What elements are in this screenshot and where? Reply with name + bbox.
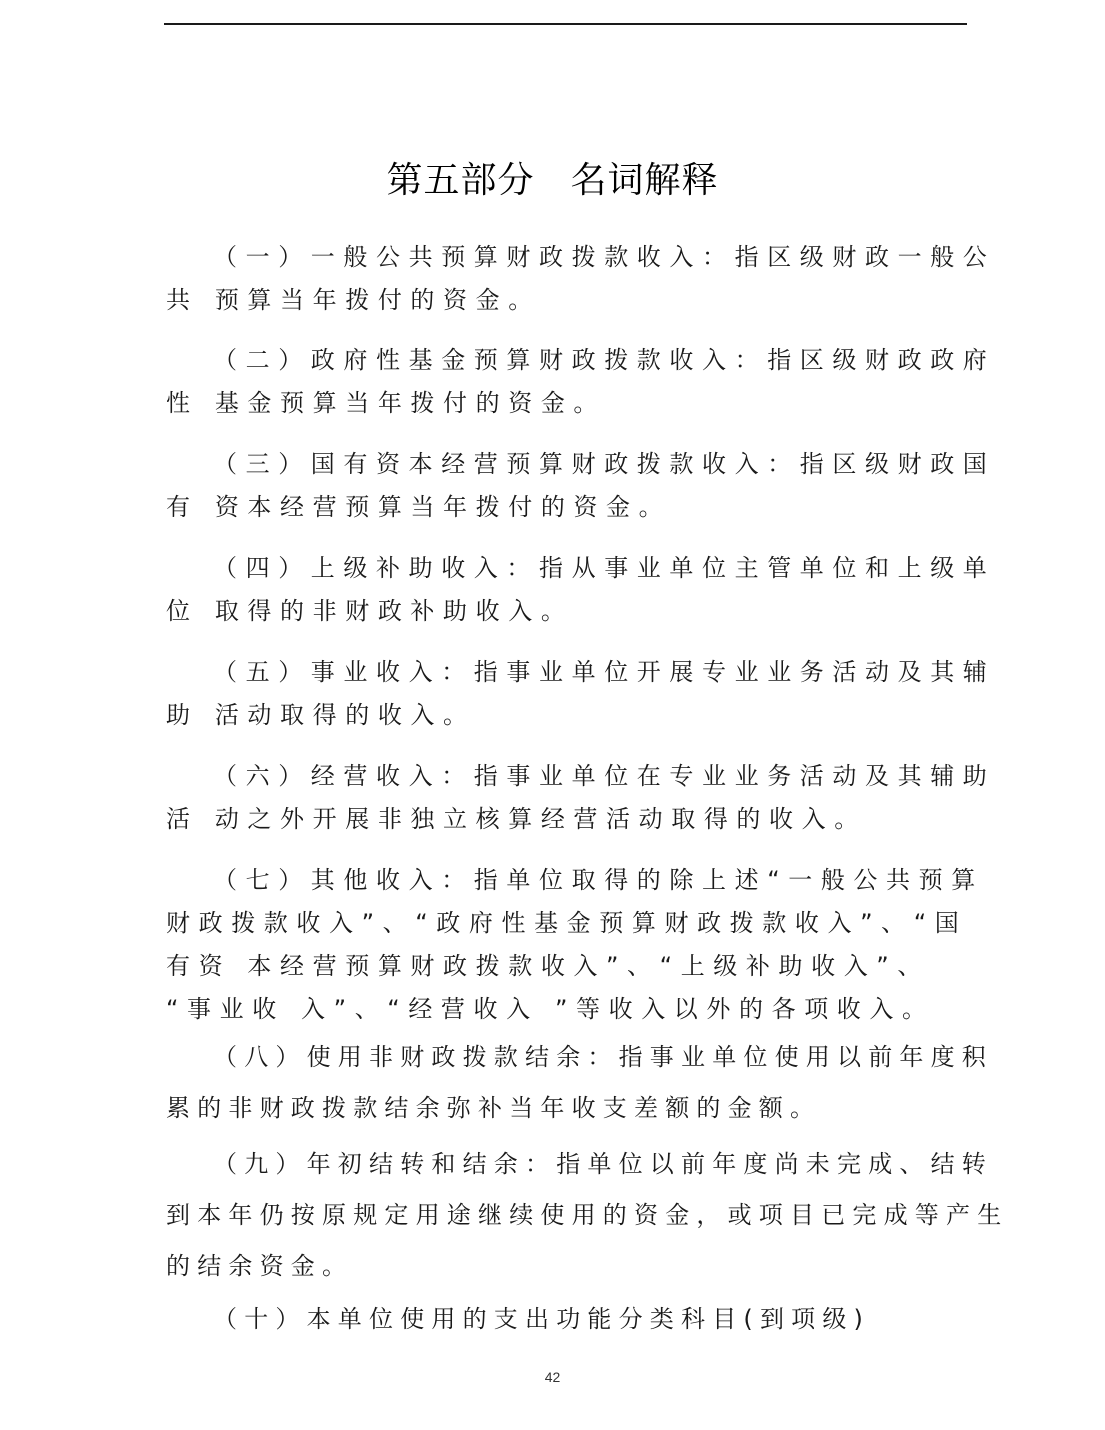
definition-8-line-2: 累的非财政拨款结余弥补当年收支差额的金额。 — [166, 1091, 821, 1125]
definition-6-line-1: （六）经营收入：指事业单位在专业业务活动及其辅助 — [213, 759, 995, 793]
definition-7-line-4: “事业收 入”、“经营收入 ”等收入以外的各项收入。 — [166, 992, 935, 1026]
definition-9-line-1: （九）年初结转和结余：指单位以前年度尚未完成、结转 — [213, 1147, 993, 1181]
title-part-number: 第五部分 — [386, 160, 534, 201]
definition-10-line-1: （十）本单位使用的支出功能分类科目(到项级) — [213, 1302, 870, 1336]
definition-1-line-1: （一）一般公共预算财政拨款收入：指区级财政一般公 — [213, 240, 995, 274]
definition-5-line-1: （五）事业收入：指事业单位开展专业业务活动及其辅 — [213, 655, 995, 689]
title-part-name: 名词解释 — [571, 160, 719, 201]
header-rule — [164, 23, 967, 25]
definition-4-line-2: 位 取得的非财政补助收入。 — [166, 594, 573, 628]
definition-4-line-1: （四）上级补助收入：指从事业单位主管单位和上级单 — [213, 551, 995, 585]
definition-1-line-2: 共 预算当年拨付的资金。 — [166, 283, 541, 317]
definition-3-line-2: 有 资本经营预算当年拨付的资金。 — [166, 490, 671, 524]
definition-2-line-2: 性 基金预算当年拨付的资金。 — [166, 386, 606, 420]
definition-6-line-2: 活 动之外开展非独立核算经营活动取得的收入。 — [166, 802, 867, 836]
definition-2-line-1: （二）政府性基金预算财政拨款收入：指区级财政政府 — [213, 343, 995, 377]
definition-8-line-1: （八）使用非财政拨款结余：指事业单位使用以前年度积 — [213, 1040, 993, 1074]
definition-7-line-3: 有资 本经营预算财政拨款收入”、“上级补助收入”、 — [166, 949, 930, 983]
definition-7-line-1: （七）其他收入：指单位取得的除上述“一般公共预算 — [213, 863, 984, 897]
definition-9-line-3: 的结余资金。 — [166, 1249, 353, 1283]
definition-3-line-1: （三）国有资本经营预算财政拨款收入：指区级财政国 — [213, 447, 995, 481]
definition-7-line-2: 财政拨款收入”、“政府性基金预算财政拨款收入”、“国 — [166, 906, 967, 940]
page-number: 42 — [0, 1367, 1105, 1387]
definition-9-line-2: 到本年仍按原规定用途继续使用的资金，或项目已完成等产生 — [166, 1198, 1008, 1232]
definition-5-line-2: 助 活动取得的收入。 — [166, 698, 476, 732]
page-title: 第五部分名词解释 — [0, 155, 1105, 207]
